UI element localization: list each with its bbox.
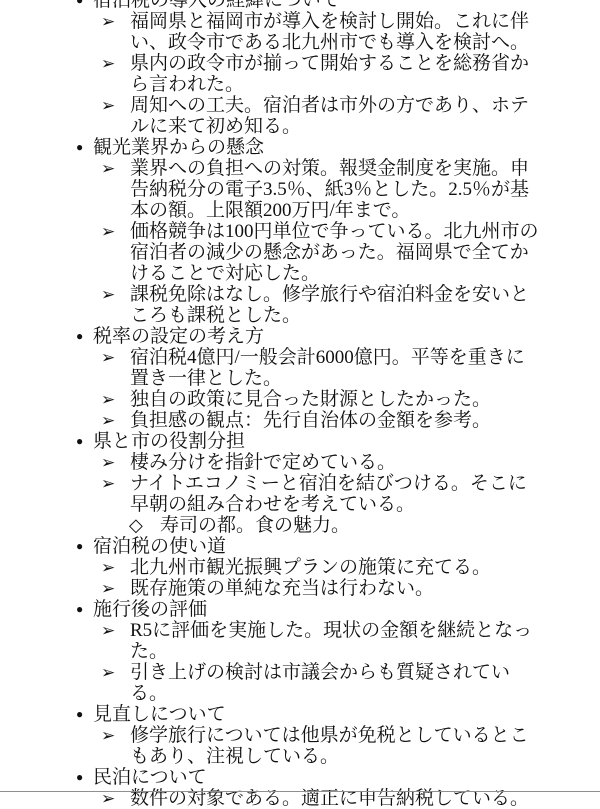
bullet-arrow-icon: ➢ bbox=[101, 221, 115, 242]
outline-item-text-row: ➢負担感の観点：先行自治体の金額を参考。 bbox=[0, 410, 600, 431]
page-divider-line bbox=[0, 791, 600, 792]
bullet-arrow-icon: ➢ bbox=[101, 662, 115, 683]
outline-section-title-row: ●宿泊税の導入の経緯について bbox=[0, 0, 600, 11]
outline-item-text: 業界への負担への対策。報奨金制度を実施。申告納税分の電子3.5％、紙3％とした。… bbox=[130, 158, 529, 221]
bullet-arrow-icon: ➢ bbox=[101, 158, 115, 179]
bullet-arrow-icon: ➢ bbox=[101, 620, 115, 641]
outline-item-text: 独自の政策に見合った財源としたかった。 bbox=[130, 389, 491, 410]
document-page: ●宿泊税の導入の経緯について➢福岡県と福岡市が導入を検討し開始。これに伴い、政令… bbox=[0, 0, 600, 800]
outline-subitem-text: 寿司の都。食の魅力。 bbox=[160, 515, 350, 536]
outline-item-text-row: ➢R5に評価を実施した。現状の金額を継続となった。 bbox=[0, 620, 600, 662]
outline-item-text: 価格競争は100円単位で争っている。北九州市の宿泊者の減少の懸念があった。福岡県… bbox=[130, 221, 539, 284]
bullet-arrow-icon: ➢ bbox=[101, 284, 115, 305]
bullet-arrow-icon: ➢ bbox=[101, 788, 115, 800]
bullet-arrow-icon: ➢ bbox=[101, 347, 115, 368]
bullet-arrow-icon: ➢ bbox=[101, 473, 115, 494]
outline-item-text: 周知への工夫。宿泊者は市外の方であり、ホテルに来て初め知る。 bbox=[130, 95, 529, 137]
outline-item-text: R5に評価を実施した。現状の金額を継続となった。 bbox=[130, 620, 532, 662]
outline-item-text-row: ➢宿泊税4億円/一般会計6000億円。平等を重きに置き一律とした。 bbox=[0, 347, 600, 389]
bullet-arrow-icon: ➢ bbox=[101, 578, 115, 599]
bullet-circle-icon: ● bbox=[76, 137, 83, 158]
outline-section-title: 施行後の評価 bbox=[93, 599, 207, 620]
outline-item-text-row: ➢県内の政令市が揃って開始することを総務省から言われた。 bbox=[0, 53, 600, 95]
bullet-circle-icon: ● bbox=[76, 536, 83, 557]
outline-item-text-row: ➢課税免除はなし。修学旅行や宿泊料金を安いところも課税とした。 bbox=[0, 284, 600, 326]
outline-section-title: 税率の設定の考え方 bbox=[93, 326, 264, 347]
bullet-circle-icon: ● bbox=[76, 767, 83, 788]
outline-item-text: 宿泊税4億円/一般会計6000億円。平等を重きに置き一律とした。 bbox=[130, 347, 525, 389]
outline-item-text: 課税免除はなし。修学旅行や宿泊料金を安いところも課税とした。 bbox=[130, 284, 529, 326]
outline-item-text-row: ➢独自の政策に見合った財源としたかった。 bbox=[0, 389, 600, 410]
outline-item-text-row: ➢引き上げの検討は市議会からも質疑されている。 bbox=[0, 662, 600, 704]
bullet-arrow-icon: ➢ bbox=[101, 725, 115, 746]
outline-section-title: 県と市の役割分担 bbox=[93, 431, 245, 452]
bullet-arrow-icon: ➢ bbox=[101, 410, 115, 431]
bullet-circle-icon: ● bbox=[76, 0, 83, 11]
bullet-circle-icon: ● bbox=[76, 431, 83, 452]
outline-section-title-row: ●観光業界からの懸念 bbox=[0, 137, 600, 158]
outline-item-text: 棲み分けを指針で定めている。 bbox=[130, 452, 396, 473]
outline-item-text: 数件の対象である。適正に申告納税している。 bbox=[130, 788, 529, 800]
outline-item-text-row: ➢北九州市観光振興プランの施策に充てる。 bbox=[0, 557, 600, 578]
outline-item-text: 引き上げの検討は市議会からも質疑されている。 bbox=[130, 662, 510, 704]
outline-section-title-row: ●県と市の役割分担 bbox=[0, 431, 600, 452]
outline-section-title-row: ●税率の設定の考え方 bbox=[0, 326, 600, 347]
outline-subitem-text-row: ◇寿司の都。食の魅力。 bbox=[0, 515, 600, 536]
bullet-arrow-icon: ➢ bbox=[101, 557, 115, 578]
outline-section-title-row: ●宿泊税の使い道 bbox=[0, 536, 600, 557]
bullet-circle-icon: ● bbox=[76, 326, 83, 347]
outline-item-text-row: ➢既存施策の単純な充当は行わない。 bbox=[0, 578, 600, 599]
outline-item-text-row: ➢数件の対象である。適正に申告納税している。 bbox=[0, 788, 600, 800]
outline-section-title: 観光業界からの懸念 bbox=[93, 137, 264, 158]
outline-item-text: 既存施策の単純な充当は行わない。 bbox=[130, 578, 434, 599]
outline-item-text: 負担感の観点：先行自治体の金額を参考。 bbox=[130, 410, 491, 431]
outline-item-text-row: ➢修学旅行については他県が免税としているとこもあり、注視している。 bbox=[0, 725, 600, 767]
outline: ●宿泊税の導入の経緯について➢福岡県と福岡市が導入を検討し開始。これに伴い、政令… bbox=[0, 0, 600, 800]
outline-item-text-row: ➢業界への負担への対策。報奨金制度を実施。申告納税分の電子3.5％、紙3％とした… bbox=[0, 158, 600, 221]
outline-item-text-row: ➢周知への工夫。宿泊者は市外の方であり、ホテルに来て初め知る。 bbox=[0, 95, 600, 137]
outline-section-title-row: ●民泊について bbox=[0, 767, 600, 788]
outline-item-text: 修学旅行については他県が免税としているとこもあり、注視している。 bbox=[130, 725, 529, 767]
outline-section-title: 宿泊税の使い道 bbox=[93, 536, 226, 557]
bullet-arrow-icon: ➢ bbox=[101, 452, 115, 473]
bullet-arrow-icon: ➢ bbox=[101, 389, 115, 410]
bullet-circle-icon: ● bbox=[76, 704, 83, 725]
bullet-arrow-icon: ➢ bbox=[101, 11, 115, 32]
outline-section-title: 民泊について bbox=[93, 767, 207, 788]
outline-item-text-row: ➢棲み分けを指針で定めている。 bbox=[0, 452, 600, 473]
bullet-diamond-icon: ◇ bbox=[129, 515, 143, 536]
bullet-circle-icon: ● bbox=[76, 599, 83, 620]
bullet-arrow-icon: ➢ bbox=[101, 53, 115, 74]
outline-item-text-row: ➢福岡県と福岡市が導入を検討し開始。これに伴い、政令市である北九州市でも導入を検… bbox=[0, 11, 600, 53]
outline-section-title: 見直しについて bbox=[93, 704, 226, 725]
outline-section-title: 宿泊税の導入の経緯について bbox=[93, 0, 340, 11]
outline-item-text-row: ➢ナイトエコノミーと宿泊を結びつける。そこに早朝の組み合わせを考えている。 bbox=[0, 473, 600, 515]
outline-item-text-row: ➢価格競争は100円単位で争っている。北九州市の宿泊者の減少の懸念があった。福岡… bbox=[0, 221, 600, 284]
outline-item-text: 県内の政令市が揃って開始することを総務省から言われた。 bbox=[130, 53, 529, 95]
bullet-arrow-icon: ➢ bbox=[101, 95, 115, 116]
outline-section-title-row: ●見直しについて bbox=[0, 704, 600, 725]
outline-section-title-row: ●施行後の評価 bbox=[0, 599, 600, 620]
outline-item-text: 福岡県と福岡市が導入を検討し開始。これに伴い、政令市である北九州市でも導入を検討… bbox=[130, 11, 529, 53]
outline-item-text: ナイトエコノミーと宿泊を結びつける。そこに早朝の組み合わせを考えている。 bbox=[130, 473, 527, 515]
outline-item-text: 北九州市観光振興プランの施策に充てる。 bbox=[130, 557, 491, 578]
